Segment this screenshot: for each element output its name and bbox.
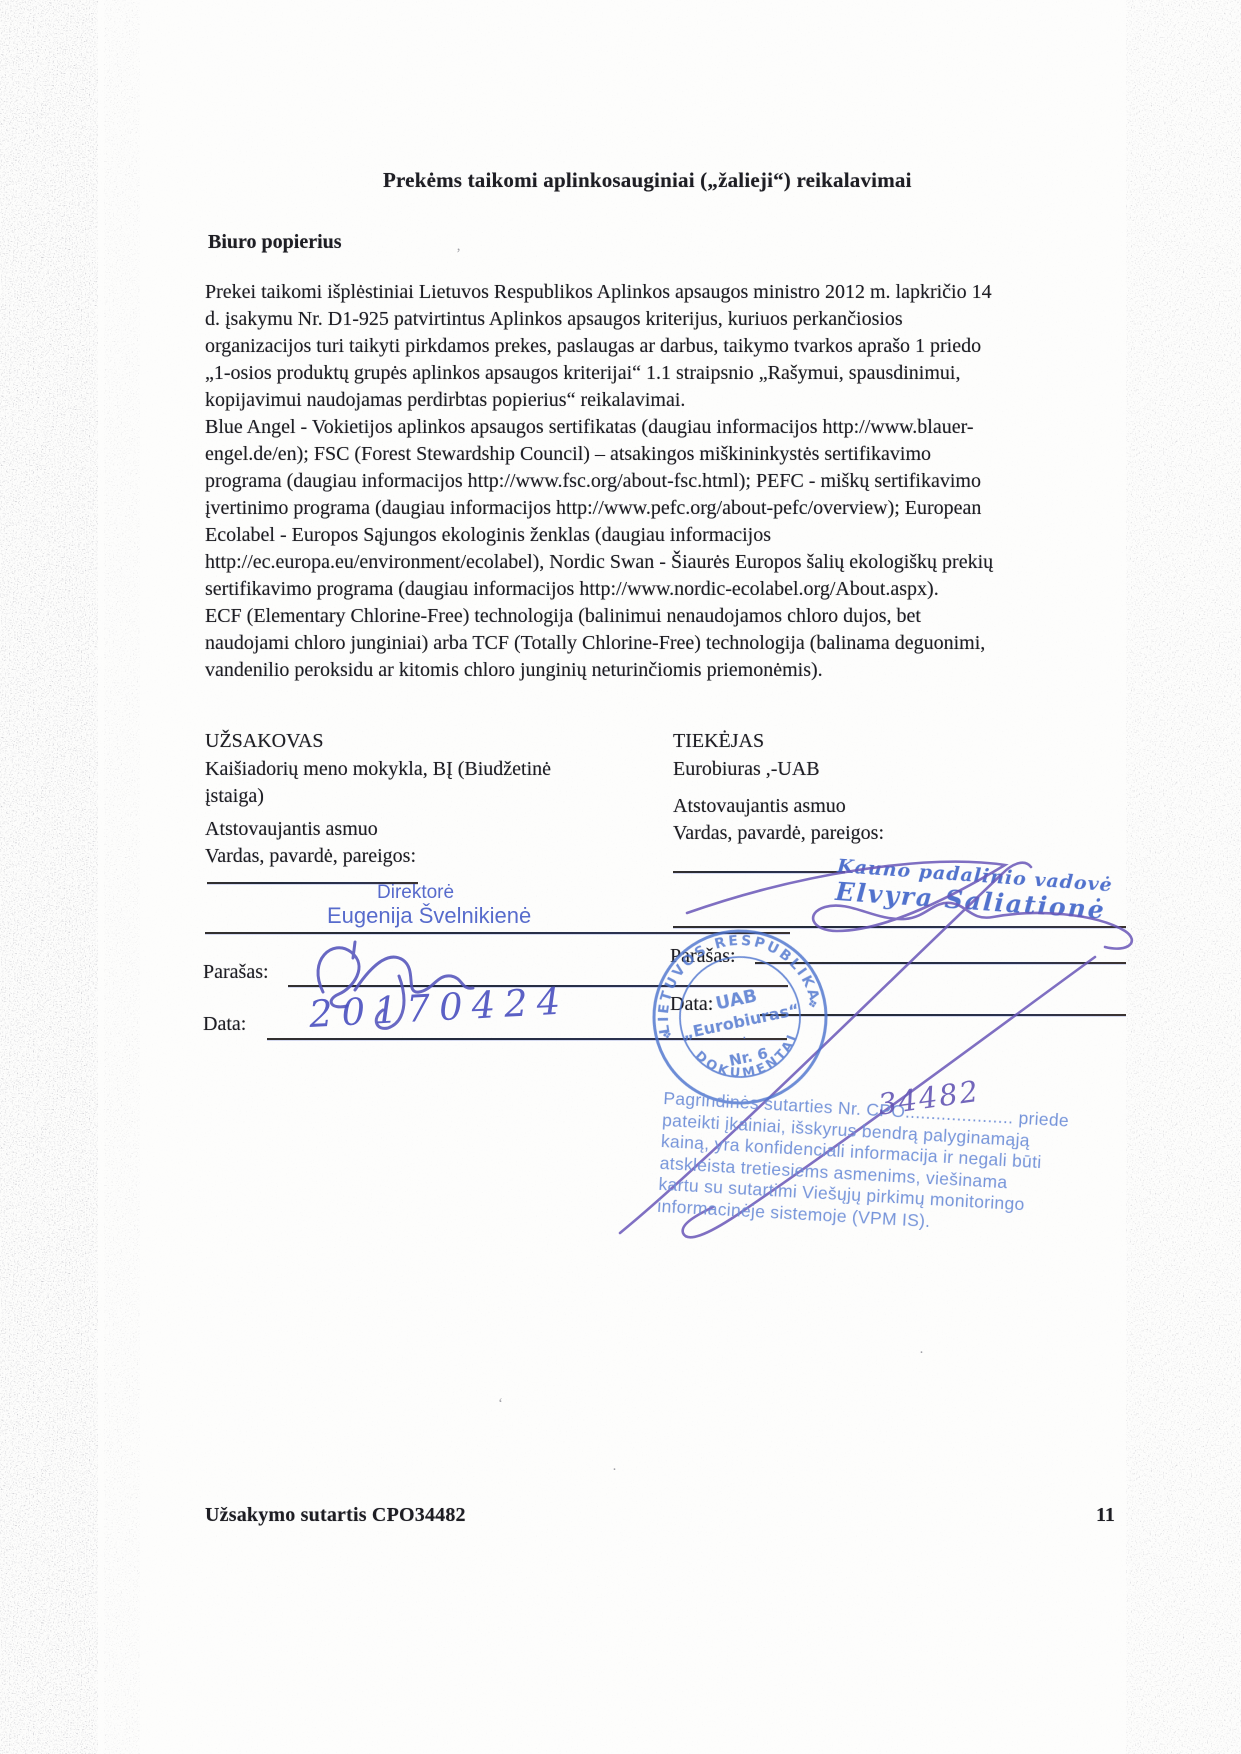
page-number: 11 xyxy=(1096,1504,1115,1527)
document-title: Prekėms taikomi aplinkosauginiai („žalie… xyxy=(383,168,912,193)
scanned-document-page: Prekėms taikomi aplinkosauginiai („žalie… xyxy=(0,0,1241,1754)
scan-noise-left-band-2 xyxy=(104,0,140,1754)
scan-artifact-mark: · xyxy=(612,1462,617,1479)
scan-artifact-mark: ’ xyxy=(456,246,461,263)
customer-date-label: Data: xyxy=(203,1011,246,1038)
scan-noise-left-band xyxy=(0,0,98,1754)
customer-signer-title-stamp: Direktorė xyxy=(377,882,454,904)
scan-artifact-mark: · xyxy=(919,1345,924,1362)
scan-noise-right-band xyxy=(1126,0,1241,1754)
customer-representative-label: Atstovaujantis asmuo Vardas, pavardė, pa… xyxy=(205,816,416,870)
supplier-role-label: TIEKĖJAS xyxy=(673,728,764,755)
customer-name: Kaišiadorių meno mokykla, BĮ (Biudžetinė… xyxy=(205,756,665,810)
stamp-center-dot: · xyxy=(741,1030,749,1047)
supplier-name: Eurobiuras ,-UAB xyxy=(673,756,1093,783)
customer-role-label: UŽSAKOVAS xyxy=(205,728,324,755)
customer-signature-label: Parašas: xyxy=(203,959,269,986)
scan-artifact-mark: ‘ xyxy=(498,1396,503,1413)
body-text: Prekei taikomi išplėstiniai Lietuvos Res… xyxy=(205,279,1145,684)
customer-signer-name-stamp: Eugenija Švelnikienė xyxy=(327,903,531,929)
section-heading: Biuro popierius xyxy=(208,231,342,254)
footer-contract-reference: Užsakymo sutartis CPO34482 xyxy=(205,1504,466,1527)
